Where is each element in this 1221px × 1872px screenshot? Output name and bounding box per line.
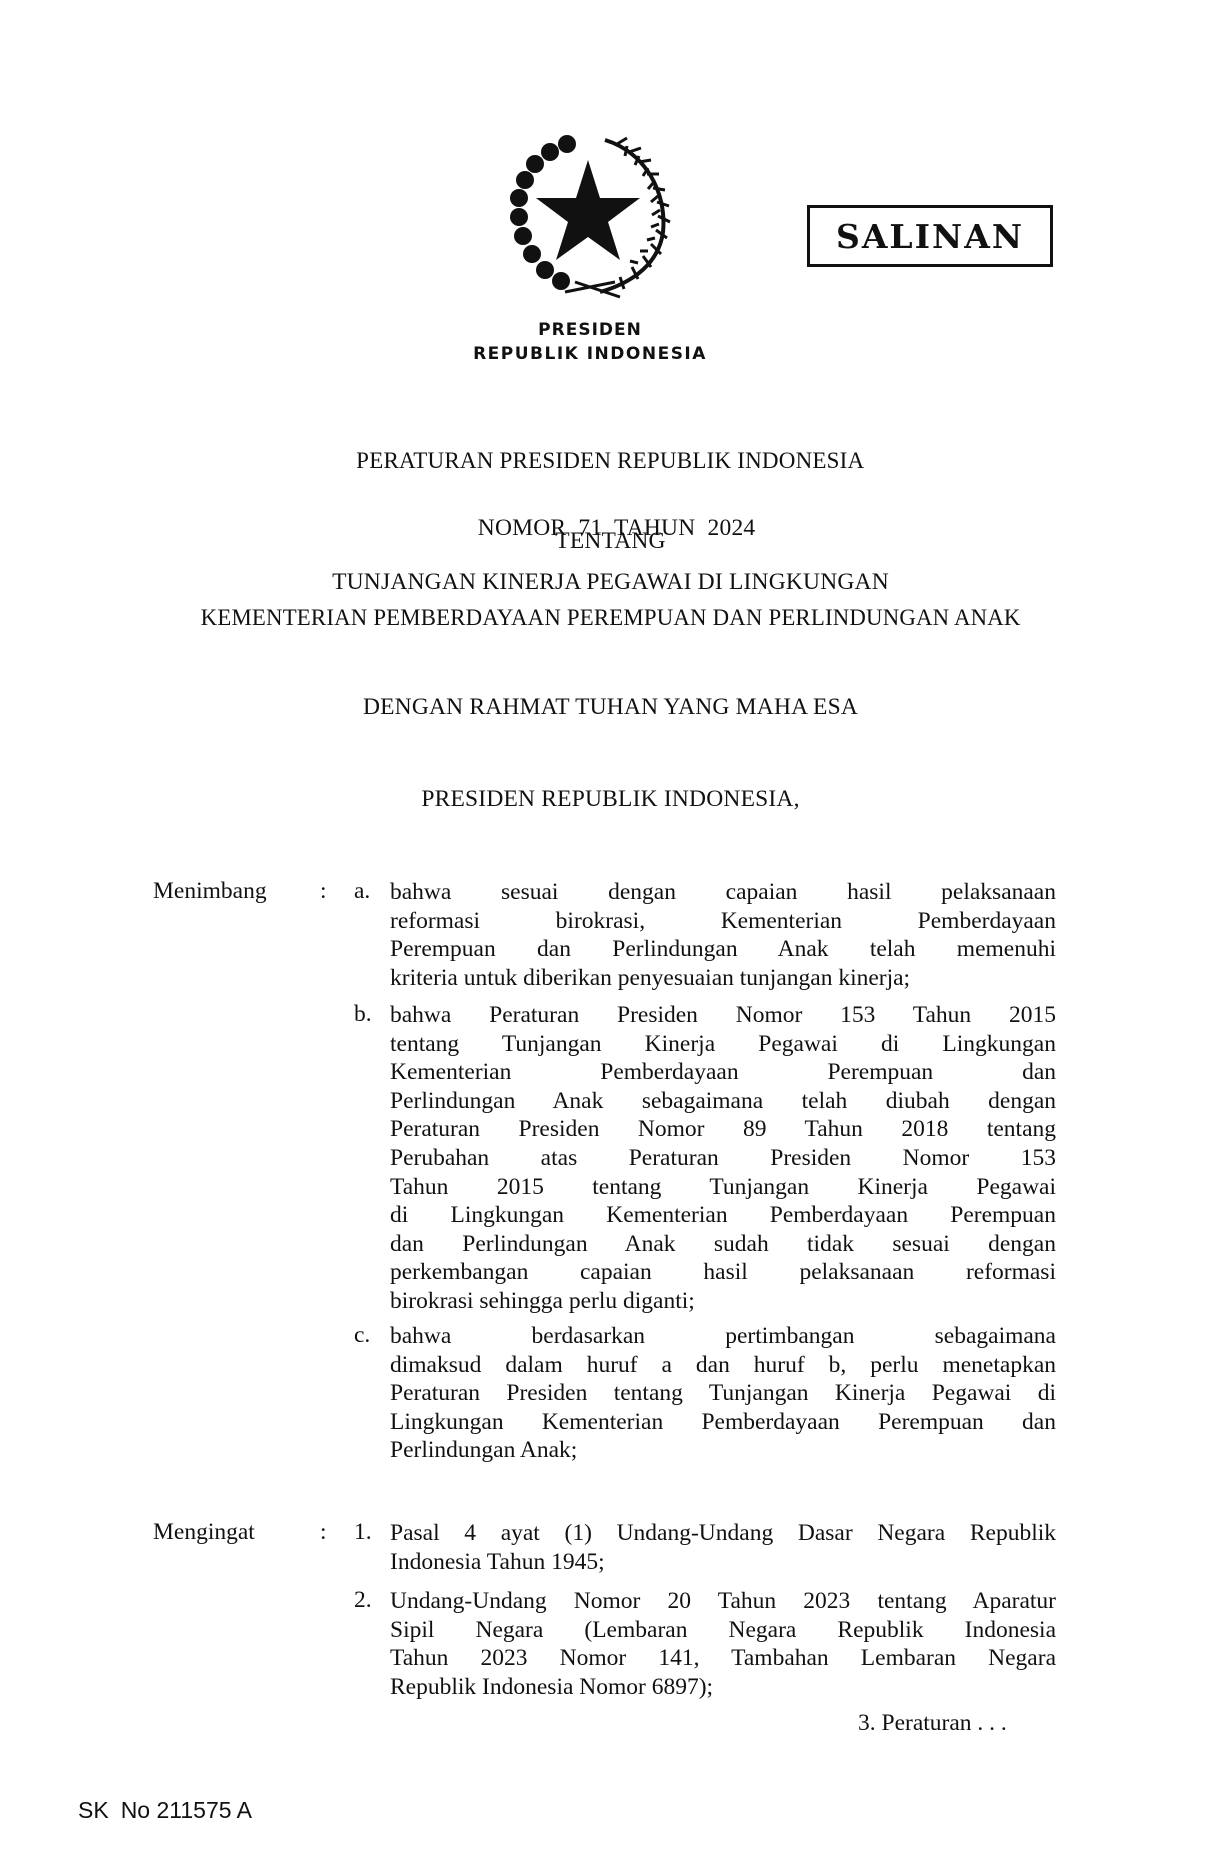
menimbang-colon: : bbox=[320, 878, 327, 905]
invocation-text: DENGAN RAHMAT TUHAN YANG MAHA ESA bbox=[363, 694, 858, 721]
text-line: dimaksud dalam huruf a dan huruf b, perl… bbox=[390, 1351, 1056, 1380]
text-line: Perempuan dan Perlindungan Anak telah me… bbox=[390, 935, 1056, 964]
text-line: Undang-Undang Nomor 20 Tahun 2023 tentan… bbox=[390, 1587, 1056, 1616]
text-line: bahwa sesuai dengan capaian hasil pelaks… bbox=[390, 878, 1056, 907]
text-line: perkembangan capaian hasil pelaksanaan r… bbox=[390, 1258, 1056, 1287]
title-line-4: TUNJANGAN KINERJA PEGAWAI DI LINGKUNGAN bbox=[332, 569, 889, 596]
mengingat-label: Mengingat bbox=[153, 1519, 255, 1546]
authority-text: PRESIDEN REPUBLIK INDONESIA, bbox=[421, 786, 799, 813]
salinan-stamp: SALINAN bbox=[807, 205, 1053, 267]
regulation-title: PERATURAN PRESIDEN REPUBLIK INDONESIA bbox=[0, 448, 1221, 475]
text-line: Peraturan Presiden tentang Tunjangan Kin… bbox=[390, 1379, 1056, 1408]
text-line: Sipil Negara (Lembaran Negara Republik I… bbox=[390, 1616, 1056, 1645]
mengingat-item-text: Undang-Undang Nomor 20 Tahun 2023 tentan… bbox=[390, 1587, 1056, 1701]
title-line-1: PERATURAN PRESIDEN REPUBLIK INDONESIA bbox=[356, 448, 864, 475]
mengingat-item-marker: 1. bbox=[354, 1519, 388, 1546]
text-line: Tahun 2015 tentang Tunjangan Kinerja Peg… bbox=[390, 1173, 1056, 1202]
mengingat-item-marker: 2. bbox=[354, 1587, 388, 1614]
office-title-republik: REPUBLIK INDONESIA bbox=[430, 344, 750, 364]
text-line: Perubahan atas Peraturan Presiden Nomor … bbox=[390, 1144, 1056, 1173]
text-line: reformasi birokrasi, Kementerian Pemberd… bbox=[390, 907, 1056, 936]
regulation-subject-line-2: KEMENTERIAN PEMBERDAYAAN PEREMPUAN DAN P… bbox=[0, 605, 1221, 632]
text-line: Tahun 2023 Nomor 141, Tambahan Lembaran … bbox=[390, 1644, 1056, 1673]
text-line: di Lingkungan Kementerian Pemberdayaan P… bbox=[390, 1201, 1056, 1230]
menimbang-item-text: bahwa Peraturan Presiden Nomor 153 Tahun… bbox=[390, 1001, 1056, 1316]
authority: PRESIDEN REPUBLIK INDONESIA, bbox=[0, 786, 1221, 813]
text-line: bahwa Peraturan Presiden Nomor 153 Tahun… bbox=[390, 1001, 1056, 1030]
menimbang-item-marker: b. bbox=[354, 1001, 388, 1028]
text-line: dan Perlindungan Anak sudah tidak sesuai… bbox=[390, 1230, 1056, 1259]
garuda-star-emblem-icon bbox=[505, 132, 671, 300]
regulation-tentang: TENTANG bbox=[0, 528, 1221, 555]
menimbang-item-marker: a. bbox=[354, 878, 388, 905]
sk-prefix: SK bbox=[78, 1797, 109, 1823]
office-title-presiden: PRESIDEN bbox=[480, 320, 700, 340]
menimbang-item-text: bahwa berdasarkan pertimbangan sebagaima… bbox=[390, 1322, 1056, 1465]
text-line: Pasal 4 ayat (1) Undang-Undang Dasar Neg… bbox=[390, 1519, 1056, 1548]
title-line-5: KEMENTERIAN PEMBERDAYAAN PEREMPUAN DAN P… bbox=[201, 605, 1021, 632]
text-line: bahwa berdasarkan pertimbangan sebagaima… bbox=[390, 1322, 1056, 1351]
next-page-continuation: 3. Peraturan . . . bbox=[858, 1710, 1007, 1737]
text-line: Indonesia Tahun 1945; bbox=[390, 1548, 1056, 1577]
menimbang-label: Menimbang bbox=[153, 878, 267, 905]
sk-number: SKNo 211575 A bbox=[78, 1797, 252, 1824]
text-line: Perlindungan Anak; bbox=[390, 1436, 1056, 1465]
text-line: Kementerian Pemberdayaan Perempuan dan bbox=[390, 1058, 1056, 1087]
text-line: birokrasi sehingga perlu diganti; bbox=[390, 1287, 1056, 1316]
text-line: Lingkungan Kementerian Pemberdayaan Pere… bbox=[390, 1408, 1056, 1437]
title-line-3: TENTANG bbox=[555, 528, 665, 555]
mengingat-colon: : bbox=[320, 1519, 327, 1546]
invocation: DENGAN RAHMAT TUHAN YANG MAHA ESA bbox=[0, 694, 1221, 721]
mengingat-item-text: Pasal 4 ayat (1) Undang-Undang Dasar Neg… bbox=[390, 1519, 1056, 1576]
menimbang-item-marker: c. bbox=[354, 1322, 388, 1349]
text-line: kriteria untuk diberikan penyesuaian tun… bbox=[390, 964, 1056, 993]
text-line: Peraturan Presiden Nomor 89 Tahun 2018 t… bbox=[390, 1115, 1056, 1144]
regulation-subject-line-1: TUNJANGAN KINERJA PEGAWAI DI LINGKUNGAN bbox=[0, 569, 1221, 596]
menimbang-item-text: bahwa sesuai dengan capaian hasil pelaks… bbox=[390, 878, 1056, 992]
sk-number-value: No 211575 A bbox=[121, 1797, 252, 1823]
text-line: Perlindungan Anak sebagaimana telah diub… bbox=[390, 1087, 1056, 1116]
text-line: tentang Tunjangan Kinerja Pegawai di Lin… bbox=[390, 1030, 1056, 1059]
text-line: Republik Indonesia Nomor 6897); bbox=[390, 1673, 1056, 1702]
salinan-stamp-text: SALINAN bbox=[836, 217, 1024, 256]
